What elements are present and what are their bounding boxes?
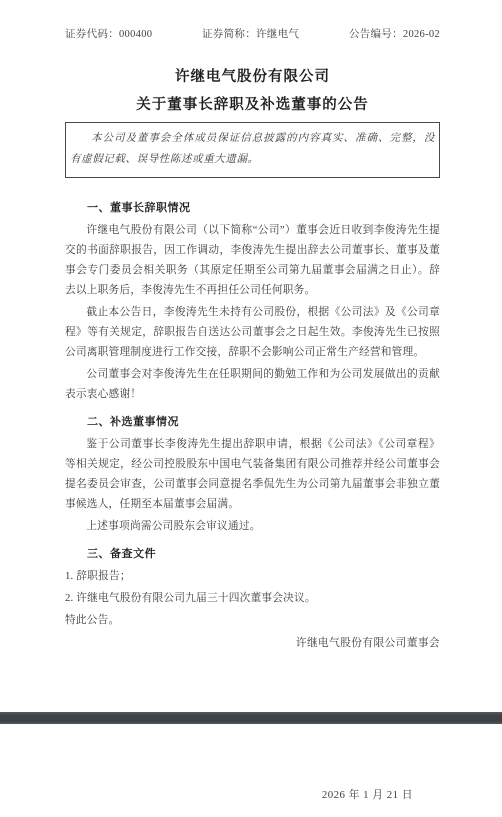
securities-code: 证券代码：000400 <box>65 28 152 41</box>
announcement-document: { "header": { "securities_code": "证券代码：0… <box>0 0 502 817</box>
section-1-paragraph: 公司董事会对李俊涛先生在任职期间的勤勉工作和为公司发展做出的贡献表示衷心感谢！ <box>65 364 440 404</box>
board-signature: 许继电气股份有限公司董事会 <box>65 633 440 653</box>
disclaimer-box: 本公司及董事会全体成员保证信息披露的内容真实、准确、完整，没有虚假记载、误导性陈… <box>65 122 440 178</box>
section-1-heading: 一、董事长辞职情况 <box>65 198 440 218</box>
announcement-number: 公告编号：2026-02 <box>349 28 440 41</box>
section-2-heading: 二、补选董事情况 <box>65 412 440 432</box>
section-1-paragraph: 截止本公告日，李俊涛先生未持有公司股份，根据《公司法》及《公司章程》等有关规定，… <box>65 302 440 362</box>
section-byelection: 二、补选董事情况 鉴于公司董事长李俊涛先生提出辞职申请，根据《公司法》《公司章程… <box>65 412 440 536</box>
page-separator-bar <box>0 712 502 724</box>
section-2-paragraph: 鉴于公司董事长李俊涛先生提出辞职申请，根据《公司法》《公司章程》等相关规定，经公… <box>65 434 440 514</box>
section-2-paragraph: 上述事项尚需公司股东会审议通过。 <box>65 516 440 536</box>
announcement-date: 2026 年 1 月 21 日 <box>0 724 502 802</box>
section-3-heading: 三、备查文件 <box>65 544 440 564</box>
page-2: 2026 年 1 月 21 日 <box>0 724 502 817</box>
announcement-title: 关于董事长辞职及补选董事的公告 <box>65 95 440 115</box>
section-resignation: 一、董事长辞职情况 许继电气股份有限公司（以下简称“公司”）董事会近日收到李俊涛… <box>65 198 440 404</box>
closing-statement: 特此公告。 <box>65 610 440 630</box>
page-1: 证券代码：000400 证券简称：许继电气 公告编号：2026-02 许继电气股… <box>0 0 502 712</box>
section-reference-documents: 三、备查文件 1. 辞职报告； 2. 许继电气股份有限公司九届三十四次董事会决议… <box>65 544 440 630</box>
securities-name: 证券简称：许继电气 <box>202 28 299 41</box>
document-header: 证券代码：000400 证券简称：许继电气 公告编号：2026-02 <box>65 0 440 41</box>
section-1-paragraph: 许继电气股份有限公司（以下简称“公司”）董事会近日收到李俊涛先生提交的书面辞职报… <box>65 220 440 300</box>
reference-item: 2. 许继电气股份有限公司九届三十四次董事会决议。 <box>65 588 440 608</box>
company-title: 许继电气股份有限公司 <box>65 67 440 87</box>
reference-item: 1. 辞职报告； <box>65 566 440 586</box>
disclaimer-text: 本公司及董事会全体成员保证信息披露的内容真实、准确、完整，没有虚假记载、误导性陈… <box>70 133 435 165</box>
